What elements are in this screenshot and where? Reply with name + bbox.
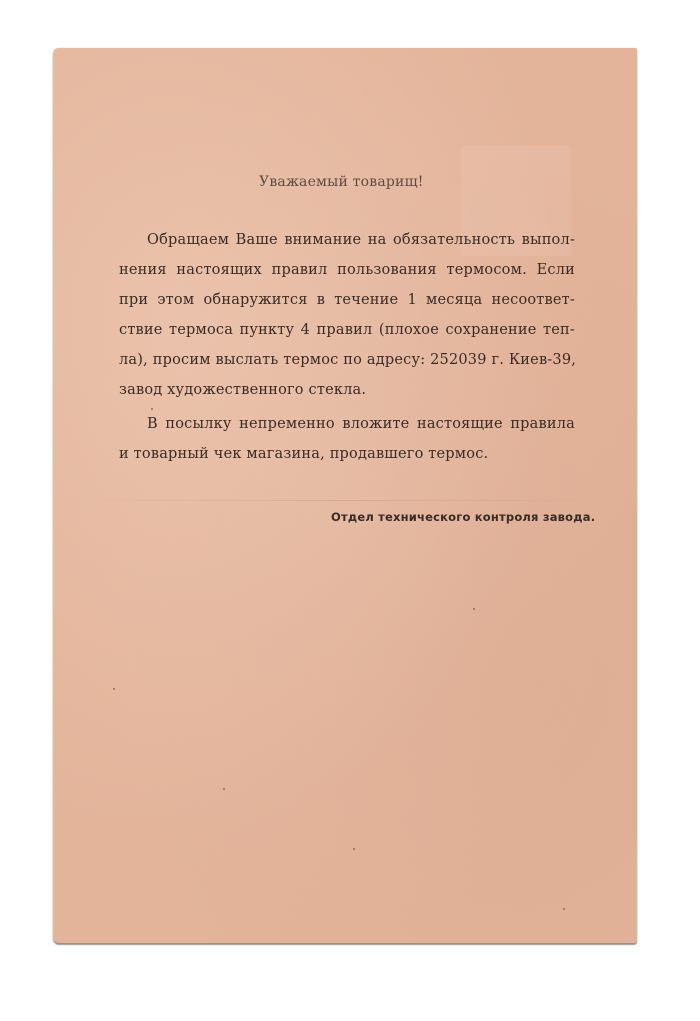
paragraph-1-line-6: завод художественного стекла. xyxy=(119,382,575,398)
paper-speck xyxy=(151,408,153,410)
signature-department: Отдел технического контроля завода. xyxy=(331,510,595,524)
paragraph-1-line-5: ла), просим выслать термос по адресу: 25… xyxy=(119,352,575,368)
paragraph-2-line-1: В посылку непременно вложите настоящие п… xyxy=(147,416,575,432)
paragraph-1-line-2: нения настоящих правил пользования термо… xyxy=(119,262,575,278)
paragraph-2-line-2: и товарный чек магазина, продавшего терм… xyxy=(119,446,575,462)
paragraph-1-line-4: ствие термоса пункту 4 правил (плохое со… xyxy=(119,322,575,338)
paper-speck xyxy=(353,848,355,850)
paragraph-1-line-3: при этом обнаружится в течение 1 месяца … xyxy=(119,292,575,308)
paper-sheet: Уважаемый товарищ! Обращаем Ваше внимани… xyxy=(53,48,637,943)
paper-speck xyxy=(113,688,115,690)
fold-crease xyxy=(53,500,637,501)
paper-speck xyxy=(473,608,475,610)
paper-speck xyxy=(563,908,565,910)
paper-speck xyxy=(223,788,225,790)
greeting-heading: Уважаемый товарищ! xyxy=(259,174,424,190)
paragraph-1-line-1: Обращаем Ваше внимание на обязательность… xyxy=(147,232,575,248)
